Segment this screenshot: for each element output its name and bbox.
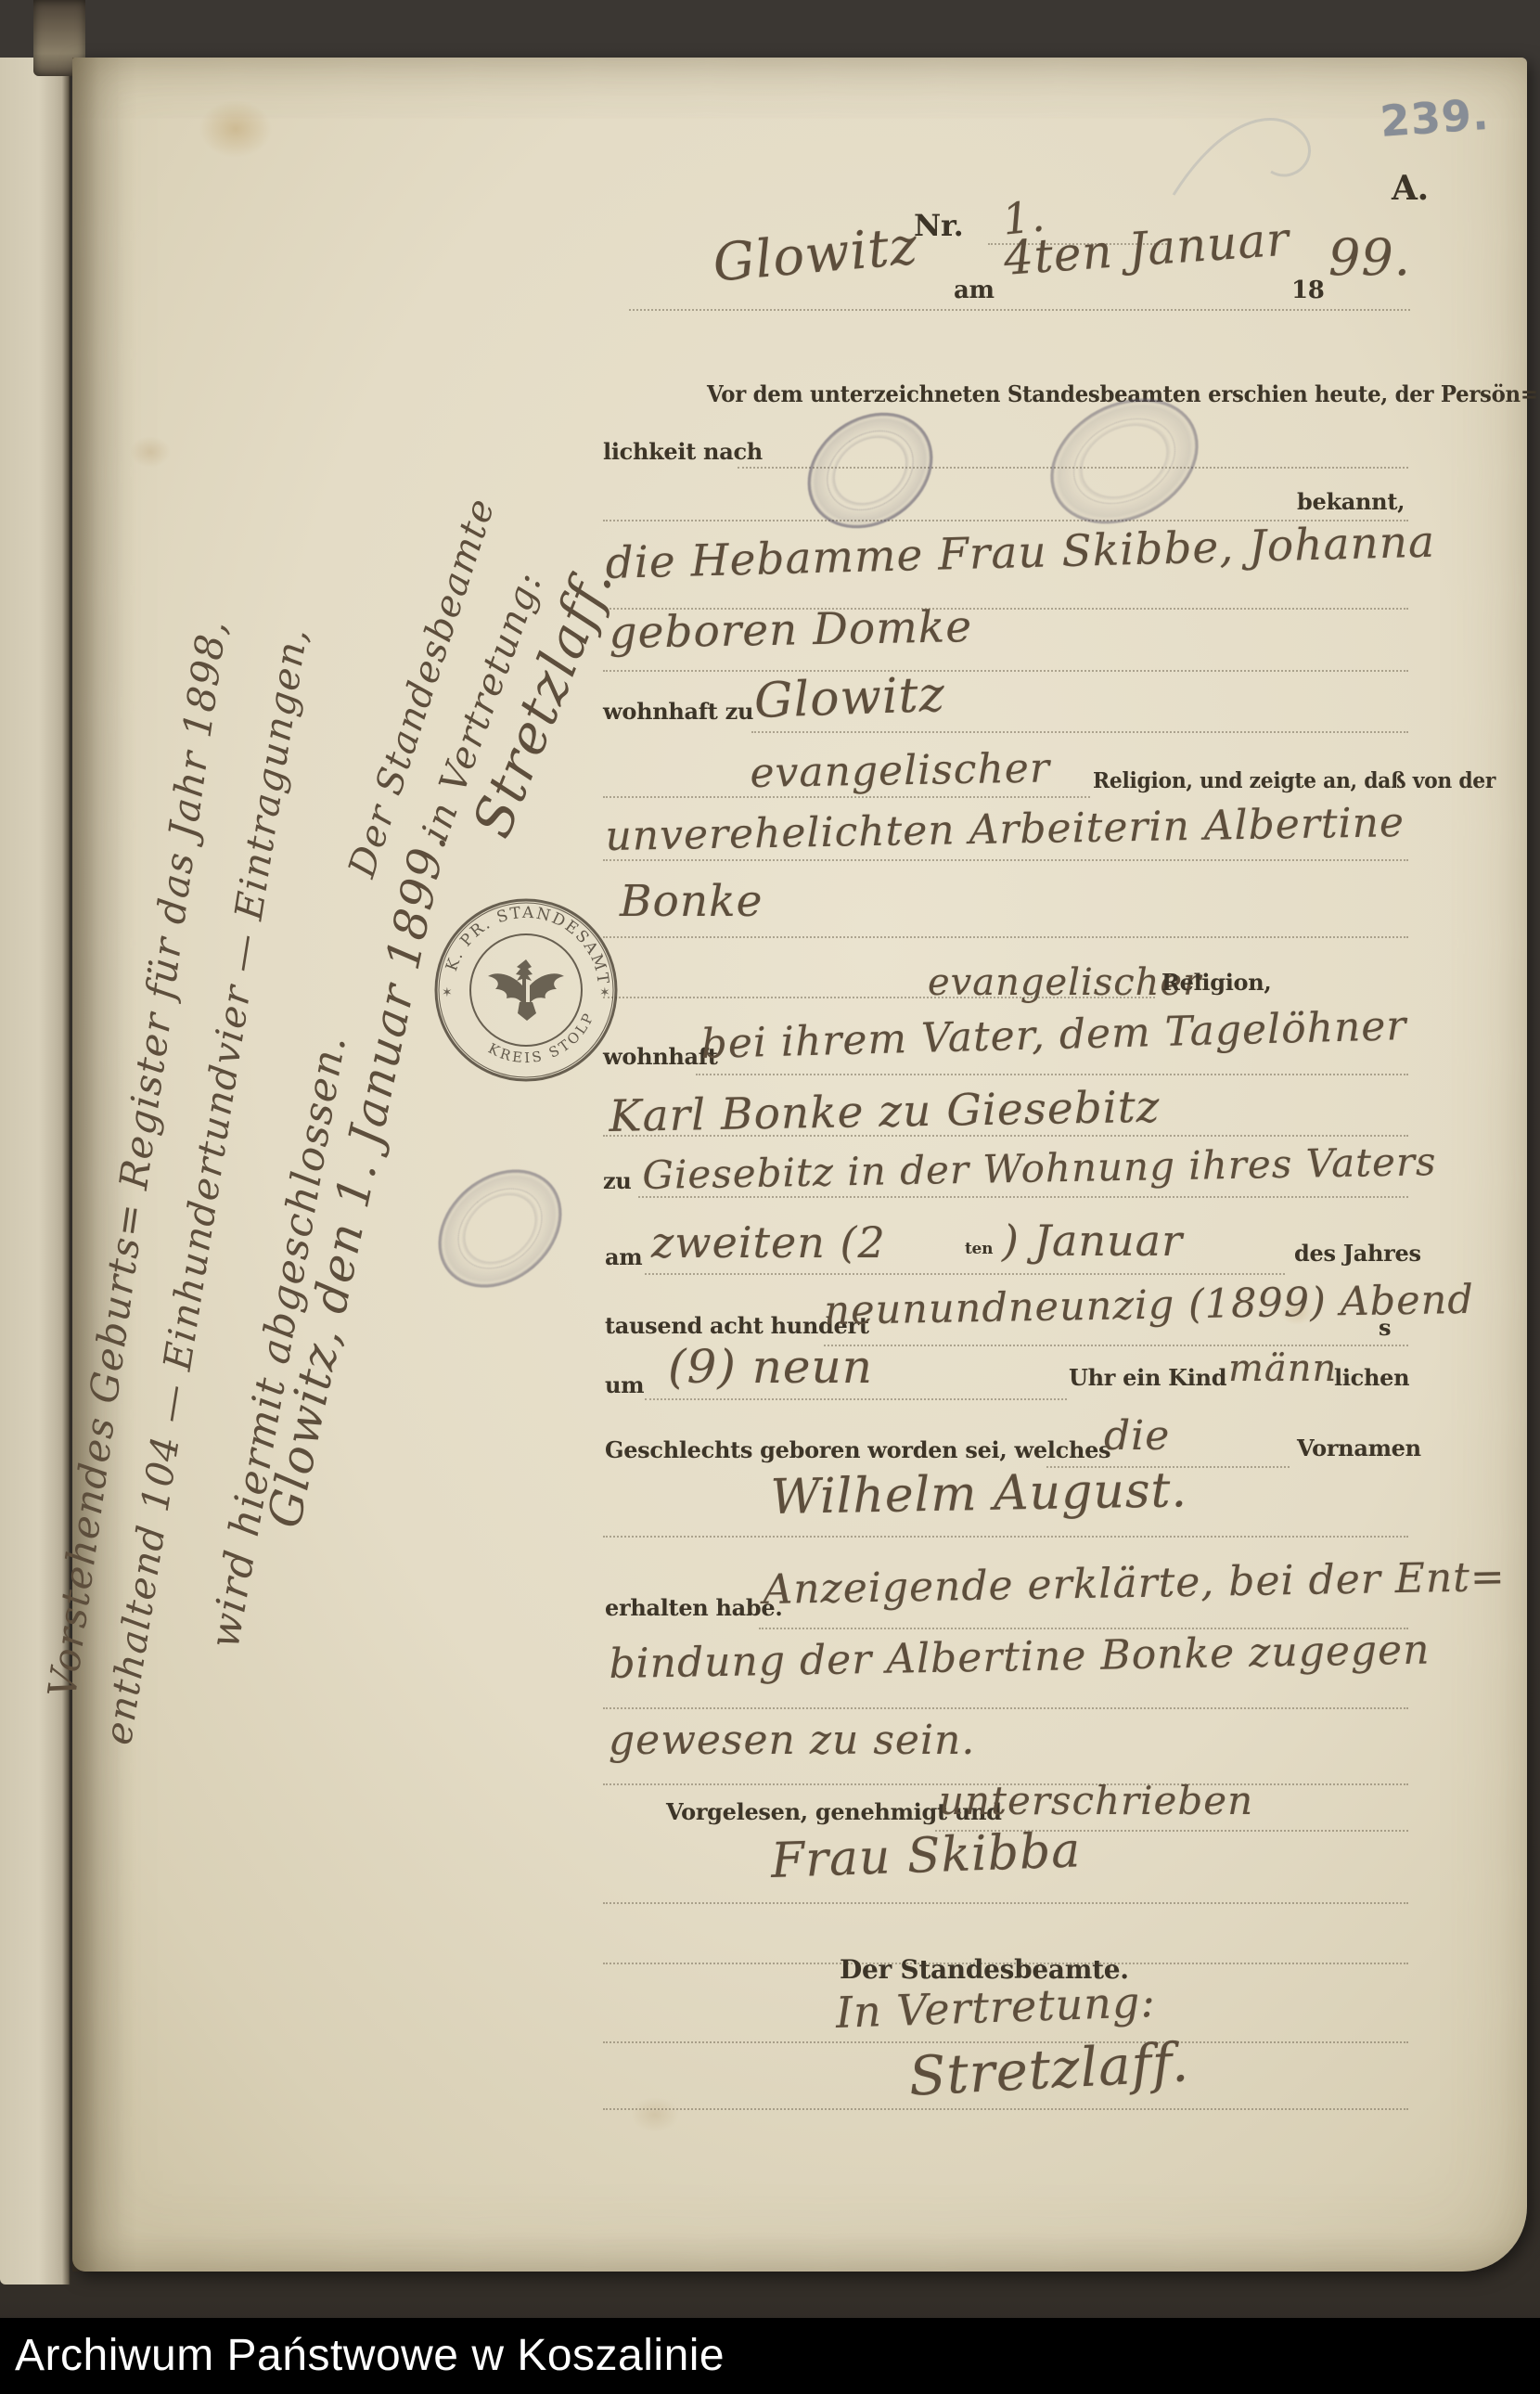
birthtime-gender-written: männ: [1228, 1347, 1337, 1390]
birthdate-month: ) Januar: [1002, 1216, 1183, 1266]
sexline-printed2: Vornamen: [1297, 1435, 1421, 1461]
birthdate-ordinal-suffix: ten: [965, 1240, 993, 1258]
religion1-label: Religion, und zeigte an, daß von der: [1093, 768, 1495, 793]
birthdate-day: zweiten (2: [651, 1217, 886, 1268]
seal-separator-right: ✶: [599, 985, 610, 1000]
birthplace-label: zu: [603, 1167, 631, 1194]
seal-separator-left: ✶: [442, 985, 453, 1000]
dateline-century: 18: [1291, 277, 1325, 304]
birthtime-gender-suffix: lichen: [1334, 1364, 1409, 1391]
given-names: Wilhelm August.: [770, 1462, 1187, 1525]
religion2-label: Religion,: [1161, 969, 1271, 996]
religion2-value: evangelischer: [928, 961, 1201, 1004]
closing-printed: erhalten habe.: [605, 1594, 782, 1621]
birthtime-uhr: Uhr ein Kind: [1069, 1364, 1226, 1391]
party-signature: Frau Skibba: [770, 1822, 1082, 1889]
scanned-document-photo: 239. A. Nr. 1. Glowitz am 4ten Januar 18…: [0, 0, 1540, 2394]
archive-caption-bar: Archiwum Państwowe w Koszalinie: [0, 2318, 1540, 2394]
birthyear-suffix: s: [1379, 1314, 1391, 1341]
residence-value: Glowitz: [753, 667, 946, 729]
seal-eagle-icon: [488, 959, 564, 1021]
record-number-label: Nr.: [914, 208, 963, 243]
religion1-value: evangelischer: [750, 744, 1050, 797]
closing-written3: gewesen zu sein.: [609, 1717, 975, 1764]
sexline-printed1: Geschlechts geboren worden sei, welches: [605, 1436, 1110, 1463]
appearer-name-line2: geboren Domke: [609, 601, 973, 659]
facing-page-edge: [0, 58, 71, 2285]
dateline-am: am: [954, 277, 995, 304]
residence2-line2: Karl Bonke zu Giesebitz: [609, 1082, 1161, 1142]
birthdate-am: am: [605, 1243, 642, 1270]
birthtime-hour: (9) neun: [668, 1340, 873, 1394]
intro-bekannt: bekannt,: [1297, 488, 1405, 515]
archive-page-number: 239.: [1379, 89, 1491, 147]
section-letter: A.: [1392, 169, 1429, 208]
official-seal-standesamt-glowitz: K. PR. STANDESAMT GLOWITZ KREIS STOLP ✶ …: [429, 893, 623, 1088]
mother-line2: Bonke: [620, 876, 763, 927]
sexline-written: die: [1104, 1412, 1170, 1460]
residence-label: wohnhaft zu: [603, 698, 753, 725]
archive-caption: Archiwum Państwowe w Koszalinie: [15, 2329, 725, 2383]
dateline-year: 99.: [1328, 228, 1411, 287]
birthdate-year-label: des Jahres: [1294, 1240, 1421, 1267]
intro-line-2: lichkeit nach: [603, 438, 763, 465]
attest-written: unterschrieben: [939, 1778, 1253, 1823]
birthtime-um: um: [605, 1371, 644, 1398]
pencil-scribble: [1164, 84, 1405, 223]
